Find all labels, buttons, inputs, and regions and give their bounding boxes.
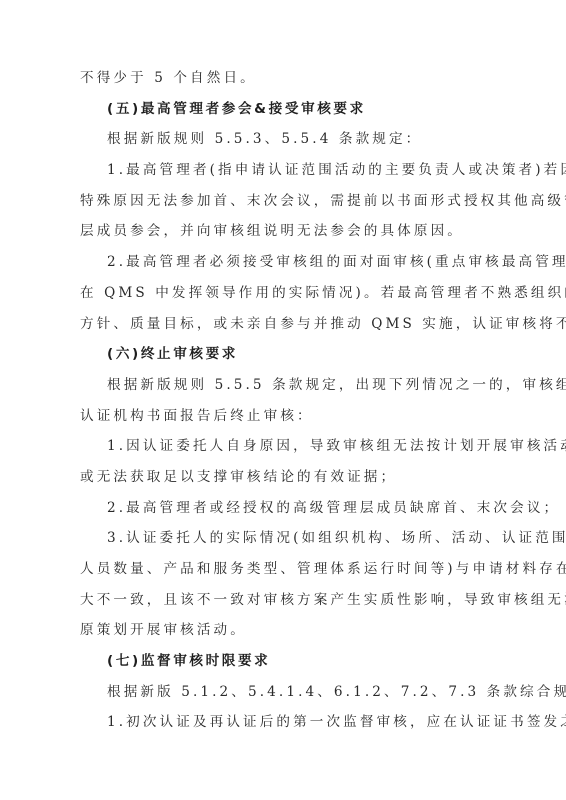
body-line: 或无法获取足以支撑审核结论的有效证据； [80,462,492,493]
section-heading-5: (五)最高管理者参会&接受审核要求 [80,94,492,125]
list-item-line: 1.因认证委托人自身原因，导致审核组无法按计划开展审核活动， [80,431,492,462]
section-heading-6: (六)终止审核要求 [80,339,492,370]
body-line: 方针、质量目标，或未亲自参与并推动 QMS 实施，认证审核将不予通过。 [80,309,492,340]
body-line: 大不一致，且该不一致对审核方案产生实质性影响，导致审核组无法按 [80,585,492,616]
list-item-line: 3.认证委托人的实际情况(如组织机构、场所、活动、认证范围内 [80,523,492,554]
list-item-line: 2.最高管理者或经授权的高级管理层成员缺席首、末次会议； [80,493,492,524]
body-line: 特殊原因无法参加首、末次会议，需提前以书面形式授权其他高级管理 [80,186,492,217]
body-line: 层成员参会，并向审核组说明无法参会的具体原因。 [80,216,492,247]
document-page: 不得少于 5 个自然日。 (五)最高管理者参会&接受审核要求 根据新版规则 5.… [80,63,492,738]
list-item-line: 1.初次认证及再认证后的第一次监督审核，应在认证证书签发之日 [80,707,492,738]
body-line: 不得少于 5 个自然日。 [80,63,492,94]
body-line: 根据新版 5.1.2、5.4.1.4、6.1.2、7.2、7.3 条款综合规定： [80,677,492,708]
body-line: 原策划开展审核活动。 [80,615,492,646]
body-line: 认证机构书面报告后终止审核： [80,401,492,432]
body-line: 根据新版规则 5.5.5 条款规定，出现下列情况之一的，审核组需向 [80,370,492,401]
section-heading-7: (七)监督审核时限要求 [80,646,492,677]
list-item-line: 1.最高管理者(指申请认证范围活动的主要负责人或决策者)若因 [80,155,492,186]
list-item-line: 2.最高管理者必须接受审核组的面对面审核(重点审核最高管理者 [80,247,492,278]
body-line: 在 QMS 中发挥领导作用的实际情况)。若最高管理者不熟悉组织的质量 [80,278,492,309]
body-line: 根据新版规则 5.5.3、5.5.4 条款规定： [80,124,492,155]
body-line: 人员数量、产品和服务类型、管理体系运行时间等)与申请材料存在重 [80,554,492,585]
